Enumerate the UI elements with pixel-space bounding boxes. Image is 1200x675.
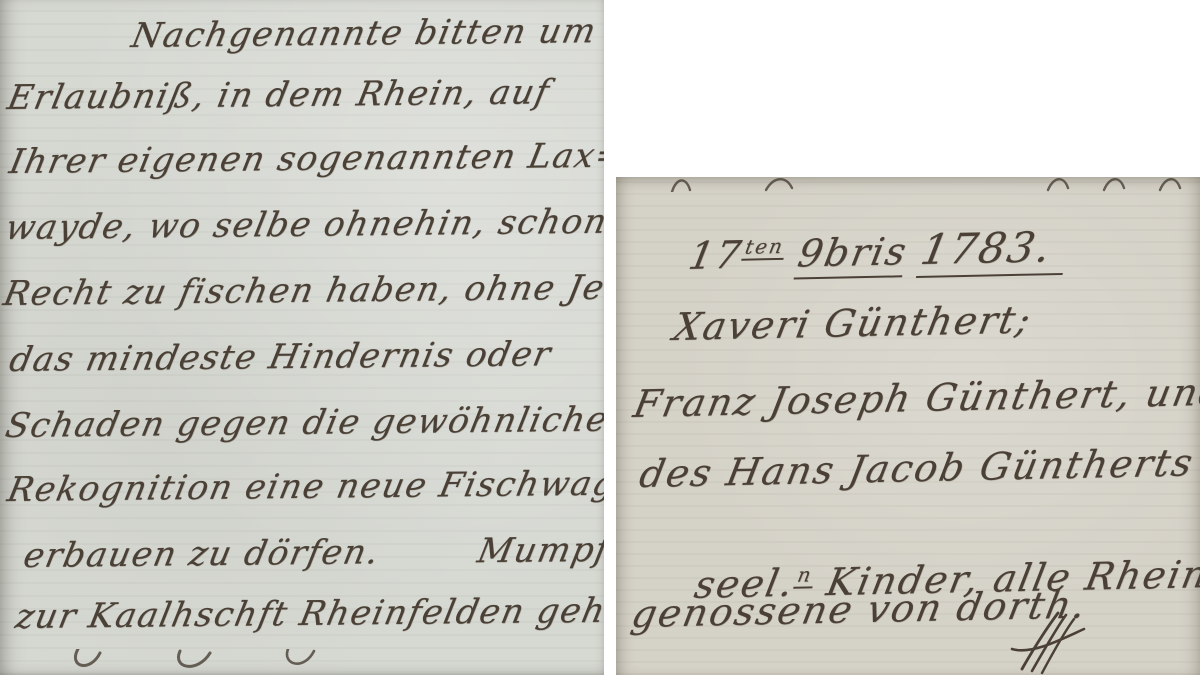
handwritten-line: Recht zu fischen haben, ohne Jema=	[0, 267, 604, 314]
cutoff-stroke-fragments-icon	[60, 649, 360, 675]
handwritten-name-line: Xaveri Günthert;	[670, 298, 1036, 349]
handwritten-line: Rekognition eine neue Fischwage	[4, 463, 604, 510]
date-year: 1783.	[916, 222, 1072, 278]
right-manuscript-page: 17ten9bris1783. Xaveri Günthert; Franz J…	[616, 177, 1200, 675]
left-manuscript-page: Nachgenannte bitten um Erlaubniß, in dem…	[0, 0, 604, 675]
handwritten-line: das mindeste Hindernis oder	[6, 334, 555, 380]
handwritten-line: Nachgenannte bitten um	[128, 11, 600, 56]
handwritten-name-line: des Hans Jacob Güntherts	[636, 440, 1198, 496]
paraph-flourish-icon	[1006, 607, 1090, 675]
date-month: 9bris	[794, 229, 912, 279]
screenshot-root: { "colors": { "background": "#ffffff", "…	[0, 0, 1200, 675]
handwritten-name-line: Franz Joseph Günthert, und	[630, 370, 1200, 426]
handwritten-line: Erlaubniß, in dem Rhein, auf	[4, 72, 554, 118]
date-day: 17	[685, 233, 746, 278]
handwritten-line: Schaden gegen die gewöhnliche	[2, 400, 604, 446]
handwritten-line: wayde, wo selbe ohnehin, schon das	[2, 201, 604, 248]
date-day-suffix: ten	[741, 235, 788, 261]
handwritten-line: erbauen zu dörfen. Mumpf,	[20, 530, 604, 576]
handwritten-line: zur Kaalhschft Rheinfelden gehörig,	[12, 590, 604, 637]
handwritten-line: Ihrer eigenen sogenannten Lax=	[6, 136, 604, 182]
